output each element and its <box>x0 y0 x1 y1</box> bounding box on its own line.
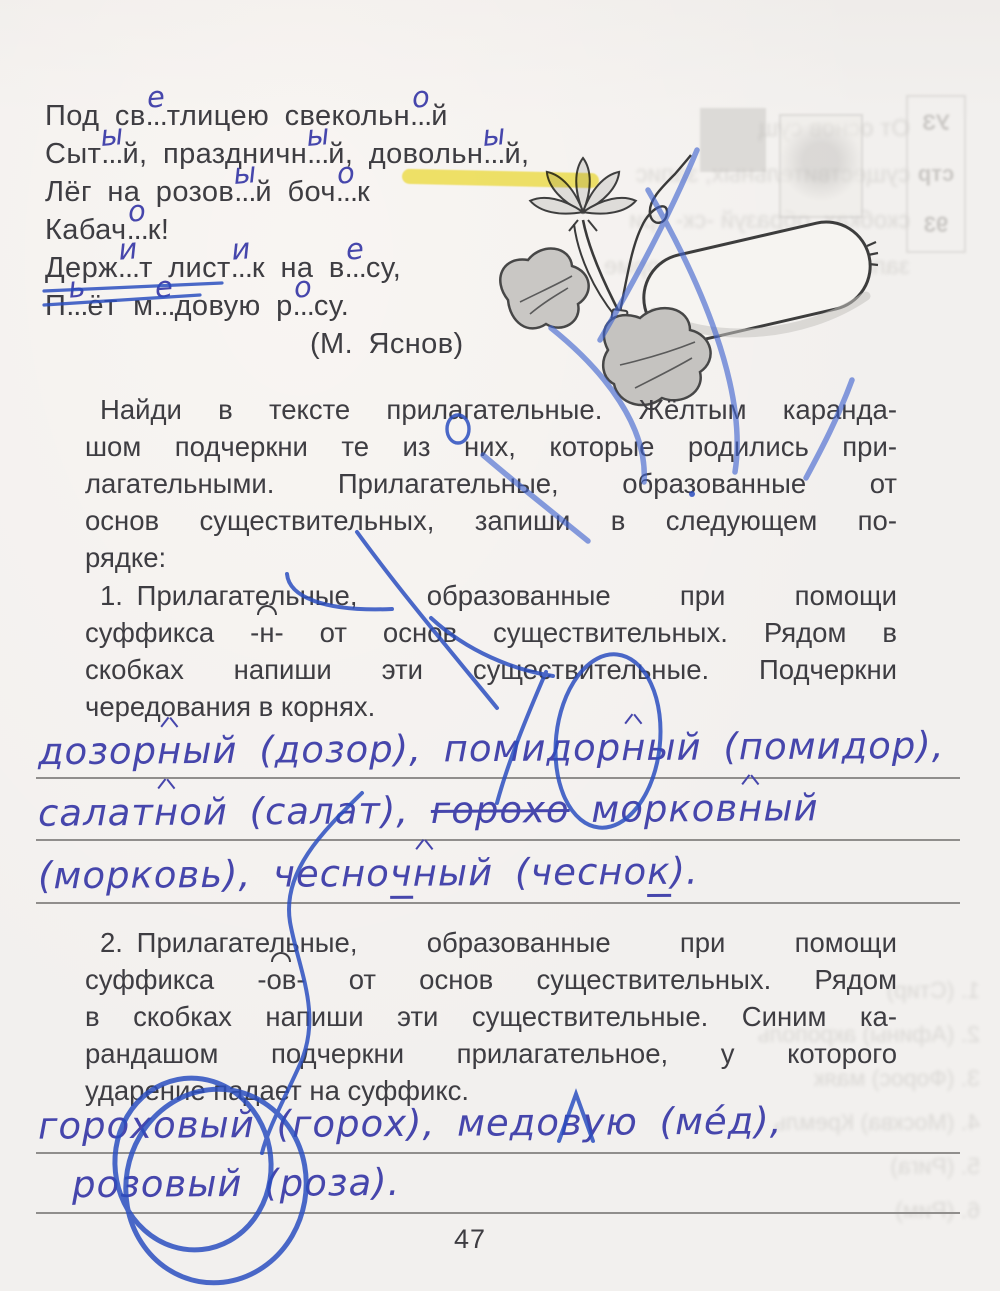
handwritten-letter: о <box>127 196 148 226</box>
handwritten-answer-line: гороховый (горох), медовую (ме́д), <box>38 1095 783 1152</box>
underlined-word: Держ...ит <box>45 252 153 284</box>
flower <box>529 158 637 219</box>
bleed-tab-label: 93 <box>924 212 948 238</box>
crossed-out-word: горохо <box>431 788 570 832</box>
handwritten-answer-line: (морковь), чесночный (чеснок). <box>38 846 699 903</box>
printed-text-line: основ существительных, запиши в следующе… <box>85 502 897 539</box>
printed-text-line: в скобках напиши эти существительные. Си… <box>85 998 897 1035</box>
fill-in-gap: ...ы <box>483 135 504 173</box>
printed-text-line: скобках напиши эти существительные. Подч… <box>85 651 897 688</box>
poem-line: Сыт...ый, праздничн...ый, довольн...ый, <box>45 135 530 173</box>
fill-in-gap: ...о <box>410 97 431 135</box>
task-intro-paragraph: Найди в тексте прилагательные. Жёлтым ка… <box>85 391 897 576</box>
poem-line: П...ьёт м...едовую р...осу. <box>45 287 530 325</box>
answer-rule-line <box>36 1152 960 1154</box>
answer-rule-line <box>36 902 960 904</box>
poem-line: Держ...ит лист...ик на в...есу, <box>45 249 530 287</box>
suffix-caret-mark: н <box>157 729 183 772</box>
fill-in-gap: ...и <box>231 249 252 287</box>
handwritten-letter: ы <box>232 158 258 189</box>
handwritten-letter: е <box>146 82 167 112</box>
fill-in-gap: ...ь <box>66 287 87 325</box>
fill-in-gap: ...е <box>153 287 174 325</box>
handwritten-letter: и <box>230 234 252 265</box>
printed-text-line: 2. Прилагательные, образованные при помо… <box>85 924 897 961</box>
handwritten-letter: ь <box>67 272 87 302</box>
fill-in-gap: ...ы <box>307 135 328 173</box>
handwritten-letter: и <box>118 234 140 265</box>
underlined-letters: к <box>647 850 671 897</box>
answer-rule-line <box>36 1212 960 1214</box>
fill-in-gap: ...и <box>118 249 139 287</box>
handwritten-letter: ы <box>305 120 331 151</box>
page-number: 47 <box>0 1224 940 1255</box>
bleedthrough-line: 5. (Рига) <box>660 1144 980 1188</box>
handwritten-letter: о <box>293 272 314 302</box>
suffix-arc-mark: н <box>259 614 274 651</box>
fill-in-gap: ...ы <box>101 135 122 173</box>
task-item-1-paragraph: 1. Прилагательные, образованные при помо… <box>85 577 897 725</box>
fill-in-gap: ...о <box>336 173 357 211</box>
printed-text-line: суффикса -ов- от основ существительных. … <box>85 961 897 998</box>
handwritten-letter: ы <box>99 120 125 151</box>
handwritten-letter: е <box>154 272 175 302</box>
suffix-arc-mark: ов <box>267 961 297 998</box>
fill-in-gap: ...о <box>293 287 314 325</box>
printed-text-line: лагательными. Прилагательные, образованн… <box>85 465 897 502</box>
printed-text-line: Найди в тексте прилагательные. Жёлтым ка… <box>85 391 897 428</box>
printed-text-line: рядке: <box>85 539 897 576</box>
handwritten-letter: о <box>410 82 431 112</box>
printed-text-line: рандашом подчеркни прилагательное, у кот… <box>85 1035 897 1072</box>
handwritten-answer-line: салатной (салат), горохо морковный <box>38 782 819 839</box>
handwritten-letter: ы <box>481 120 507 151</box>
poem-line: (М. Яснов) <box>45 325 530 363</box>
printed-text-line: шом подчеркни те из них, которые родилис… <box>85 428 897 465</box>
workbook-page: От основ сущсуществительных, записскобка… <box>0 0 1000 1291</box>
bleed-tab-label: УЗ <box>922 110 949 136</box>
suffix-caret-mark: н <box>738 787 764 830</box>
fill-in-gap: ...е <box>146 97 167 135</box>
poem-block: Под св...етлицею свекольн...ойСыт...ый, … <box>45 97 530 363</box>
answer-rule-line <box>36 777 960 779</box>
suffix-caret-mark: н <box>621 726 647 769</box>
handwritten-letter: о <box>336 158 357 188</box>
printed-text-line: суффикса -н- от основ существительных. Р… <box>85 614 897 651</box>
printed-text-line: 1. Прилагательные, образованные при помо… <box>85 577 897 614</box>
suffix-caret-mark: н <box>413 852 439 895</box>
answer-rule-line <box>36 839 960 841</box>
task-item-2-paragraph: 2. Прилагательные, образованные при помо… <box>85 924 897 1109</box>
handwritten-letter: е <box>345 234 366 264</box>
underlined-letters: ч <box>390 852 413 899</box>
suffix-caret-mark: н <box>154 791 180 834</box>
printed-text-line: чередования в корнях. <box>85 688 897 725</box>
handwritten-answer-line: розовый (роза). <box>72 1157 401 1211</box>
fill-in-gap: ...ы <box>234 173 255 211</box>
bleedthrough-page-tab: УЗ стр 93 <box>906 95 966 253</box>
bleed-tab-label: стр <box>918 161 954 187</box>
fill-in-gap: ...е <box>345 249 366 287</box>
handwritten-answer-line: дозорный (дозор), помидорный (помидор), <box>38 720 945 778</box>
